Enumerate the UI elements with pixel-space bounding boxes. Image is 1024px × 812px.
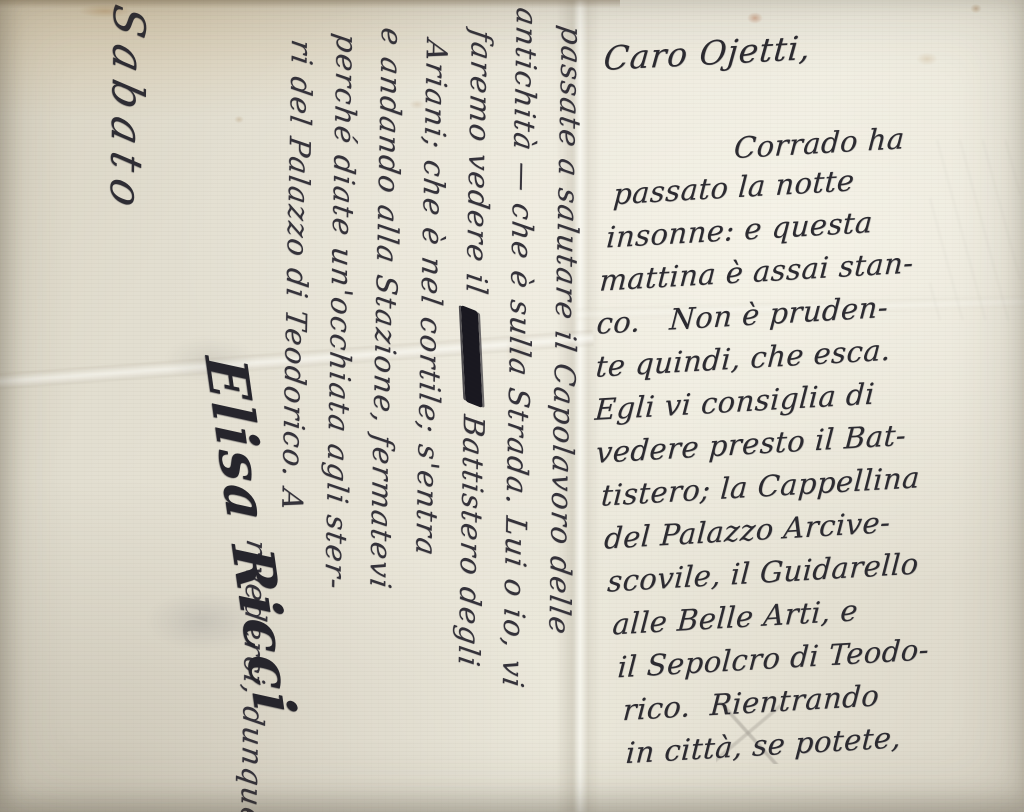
foxing-spot: [744, 10, 766, 26]
letter-verso-rotated-page: passate a salutare il Capolavoro delle a…: [25, 0, 600, 812]
handwritten-letter-photo: Caro Ojetti, Corrado ha passato la notte…: [0, 0, 1024, 812]
salutation: Caro Ojetti,: [602, 17, 1023, 78]
letter-line-fragment: Battistero degli: [452, 413, 491, 670]
letter-recto-page: Caro Ojetti, Corrado ha passato la notte…: [583, 23, 1024, 776]
letter-line-fragment: faremo vedere il: [459, 28, 498, 298]
cancelled-word-blot: [461, 305, 483, 409]
dateline-sabato: Sabato: [100, 0, 154, 221]
foxing-spot: [968, 2, 984, 15]
